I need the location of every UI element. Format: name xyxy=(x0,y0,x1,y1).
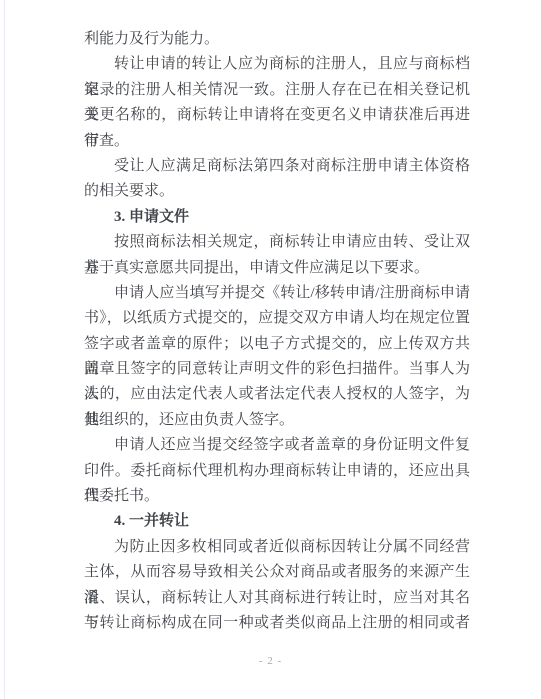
text-line: 转让申请的转让人应为商标的注册人，且应与商标档案 xyxy=(84,52,470,77)
text-line: 受让人应满足商标法第四条对商标注册申请主体资格 xyxy=(84,154,470,179)
text-line: 与转让商标构成在同一种或者类似商品上注册的相同或者 xyxy=(84,611,470,636)
text-line: 盖章且签字的同意转让声明文件的彩色扫描件。当事人为法 xyxy=(84,357,470,382)
text-line: 印件。委托商标代理机构办理商标转让申请的，还应出具代 xyxy=(84,459,470,484)
text-line: 书》，以纸质方式提交的，应提交双方申请人均在规定位置 xyxy=(84,306,470,331)
text-line: 利能力及行为能力。 xyxy=(84,27,470,52)
text-line: 记录的注册人相关情况一致。注册人存在已在相关登记机关 xyxy=(84,78,470,103)
page-left-edge xyxy=(4,0,5,699)
section-heading: 3. 申请文件 xyxy=(84,205,470,230)
text-line: 基于真实意愿共同提出，申请文件应满足以下要求。 xyxy=(84,256,470,281)
text-line: 签字或者盖章的原件；以电子方式提交的，应上传双方共同 xyxy=(84,332,470,357)
document-page: 利能力及行为能力。转让申请的转让人应为商标的注册人，且应与商标档案记录的注册人相… xyxy=(0,0,541,699)
section-heading: 4. 一并转让 xyxy=(84,509,470,534)
text-line: 他组织的，还应由负责人签字。 xyxy=(84,408,470,433)
page-number: - 2 - xyxy=(0,655,541,667)
document-body: 利能力及行为能力。转让申请的转让人应为商标的注册人，且应与商标档案记录的注册人相… xyxy=(84,27,470,636)
text-line: 人的，应由法定代表人或者法定代表人授权的人签字，为其 xyxy=(84,382,470,407)
text-line: 主体，从而容易导致相关公众对商品或者服务的来源产生混 xyxy=(84,560,470,585)
text-line: 变更名称的，商标转让申请将在变更名义申请获准后再进行 xyxy=(84,103,470,128)
text-line: 审查。 xyxy=(84,129,470,154)
text-line: 为防止因多枚相同或者近似商标因转让分属不同经营 xyxy=(84,535,470,560)
text-line: 理委托书。 xyxy=(84,484,470,509)
text-line: 淆、误认，商标转让人对其商标进行转让时，应当对其名下 xyxy=(84,586,470,611)
text-line: 的相关要求。 xyxy=(84,179,470,204)
text-line: 申请人还应当提交经签字或者盖章的身份证明文件复 xyxy=(84,433,470,458)
text-line: 按照商标法相关规定，商标转让申请应由转、受让双方 xyxy=(84,230,470,255)
text-line: 申请人应当填写并提交《转让/移转申请/注册商标申请 xyxy=(84,281,470,306)
